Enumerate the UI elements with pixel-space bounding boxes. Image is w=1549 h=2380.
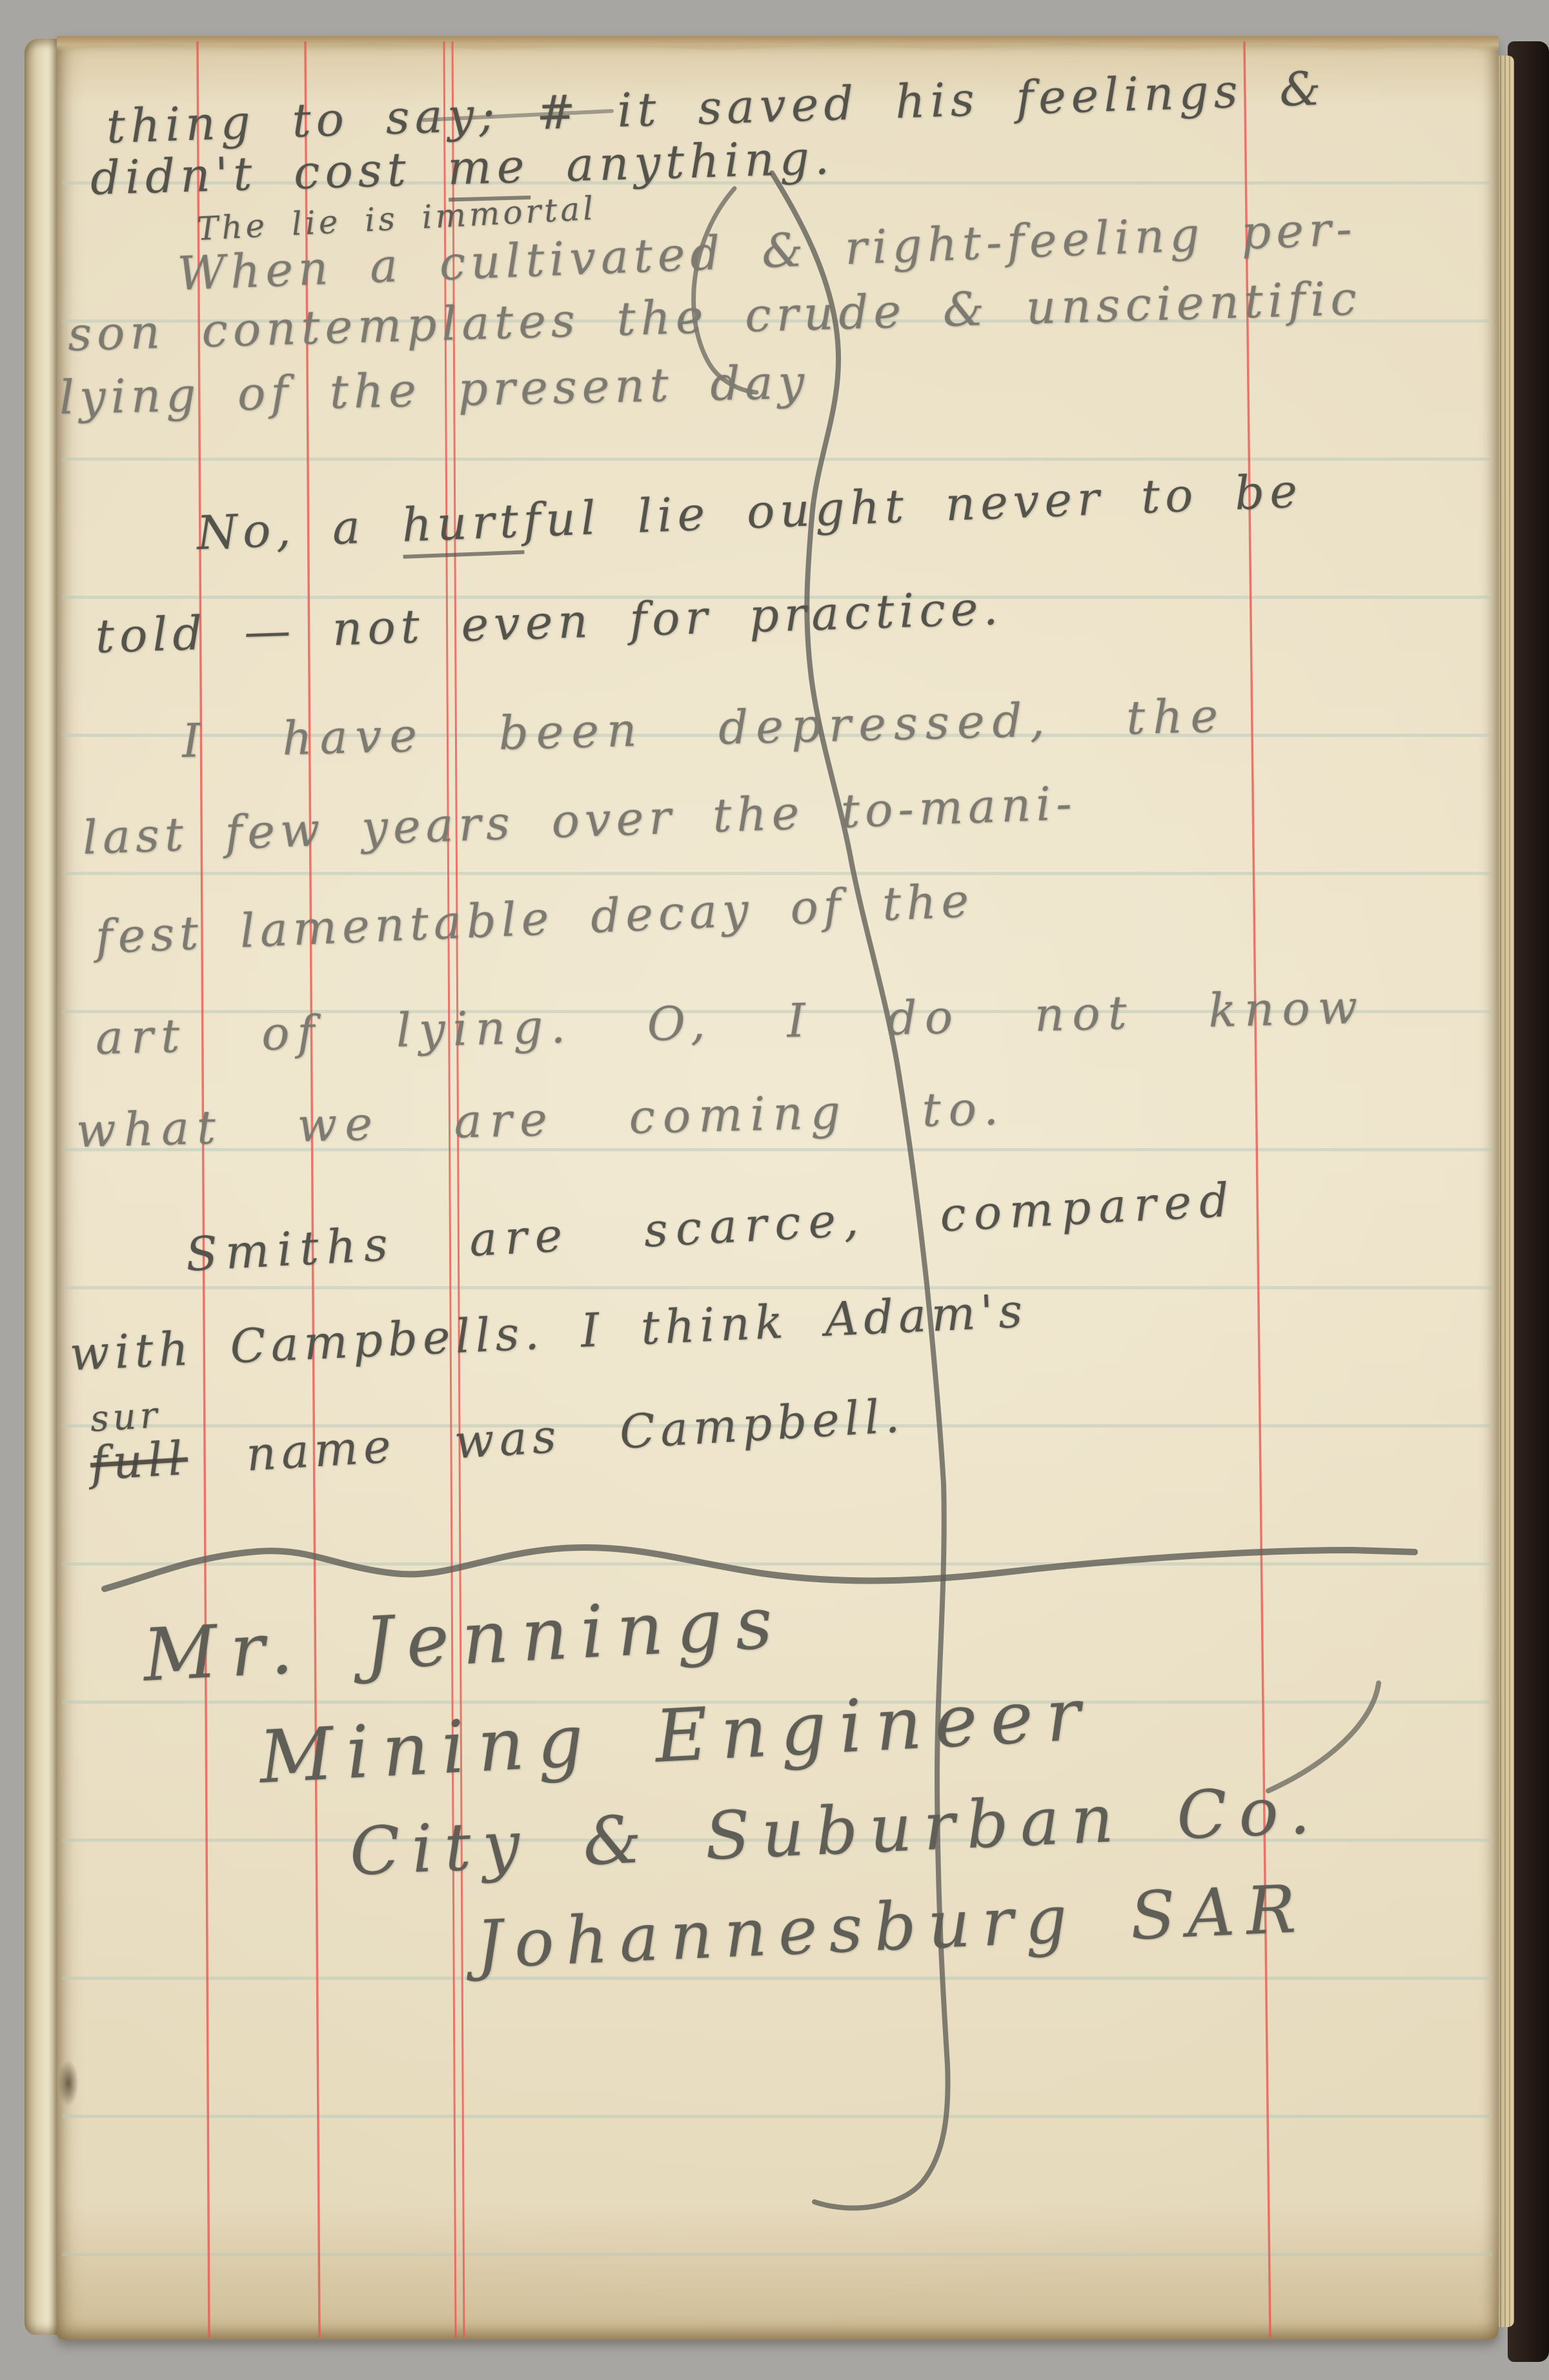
line-07-start: No, a [196, 498, 403, 560]
red-rule-4 [1244, 41, 1270, 2337]
notebook-scan: thing to say; # it saved his feelings & … [0, 0, 1549, 2380]
inserted-word-sur: sur [89, 1397, 162, 1437]
underlined-word-hurt: hurt [401, 494, 525, 559]
struck-word-full: full [89, 1431, 190, 1491]
underlined-word-me: me [447, 139, 530, 202]
line-02-start: didn't cost [90, 141, 449, 205]
line-02-end: anything. [529, 130, 835, 193]
